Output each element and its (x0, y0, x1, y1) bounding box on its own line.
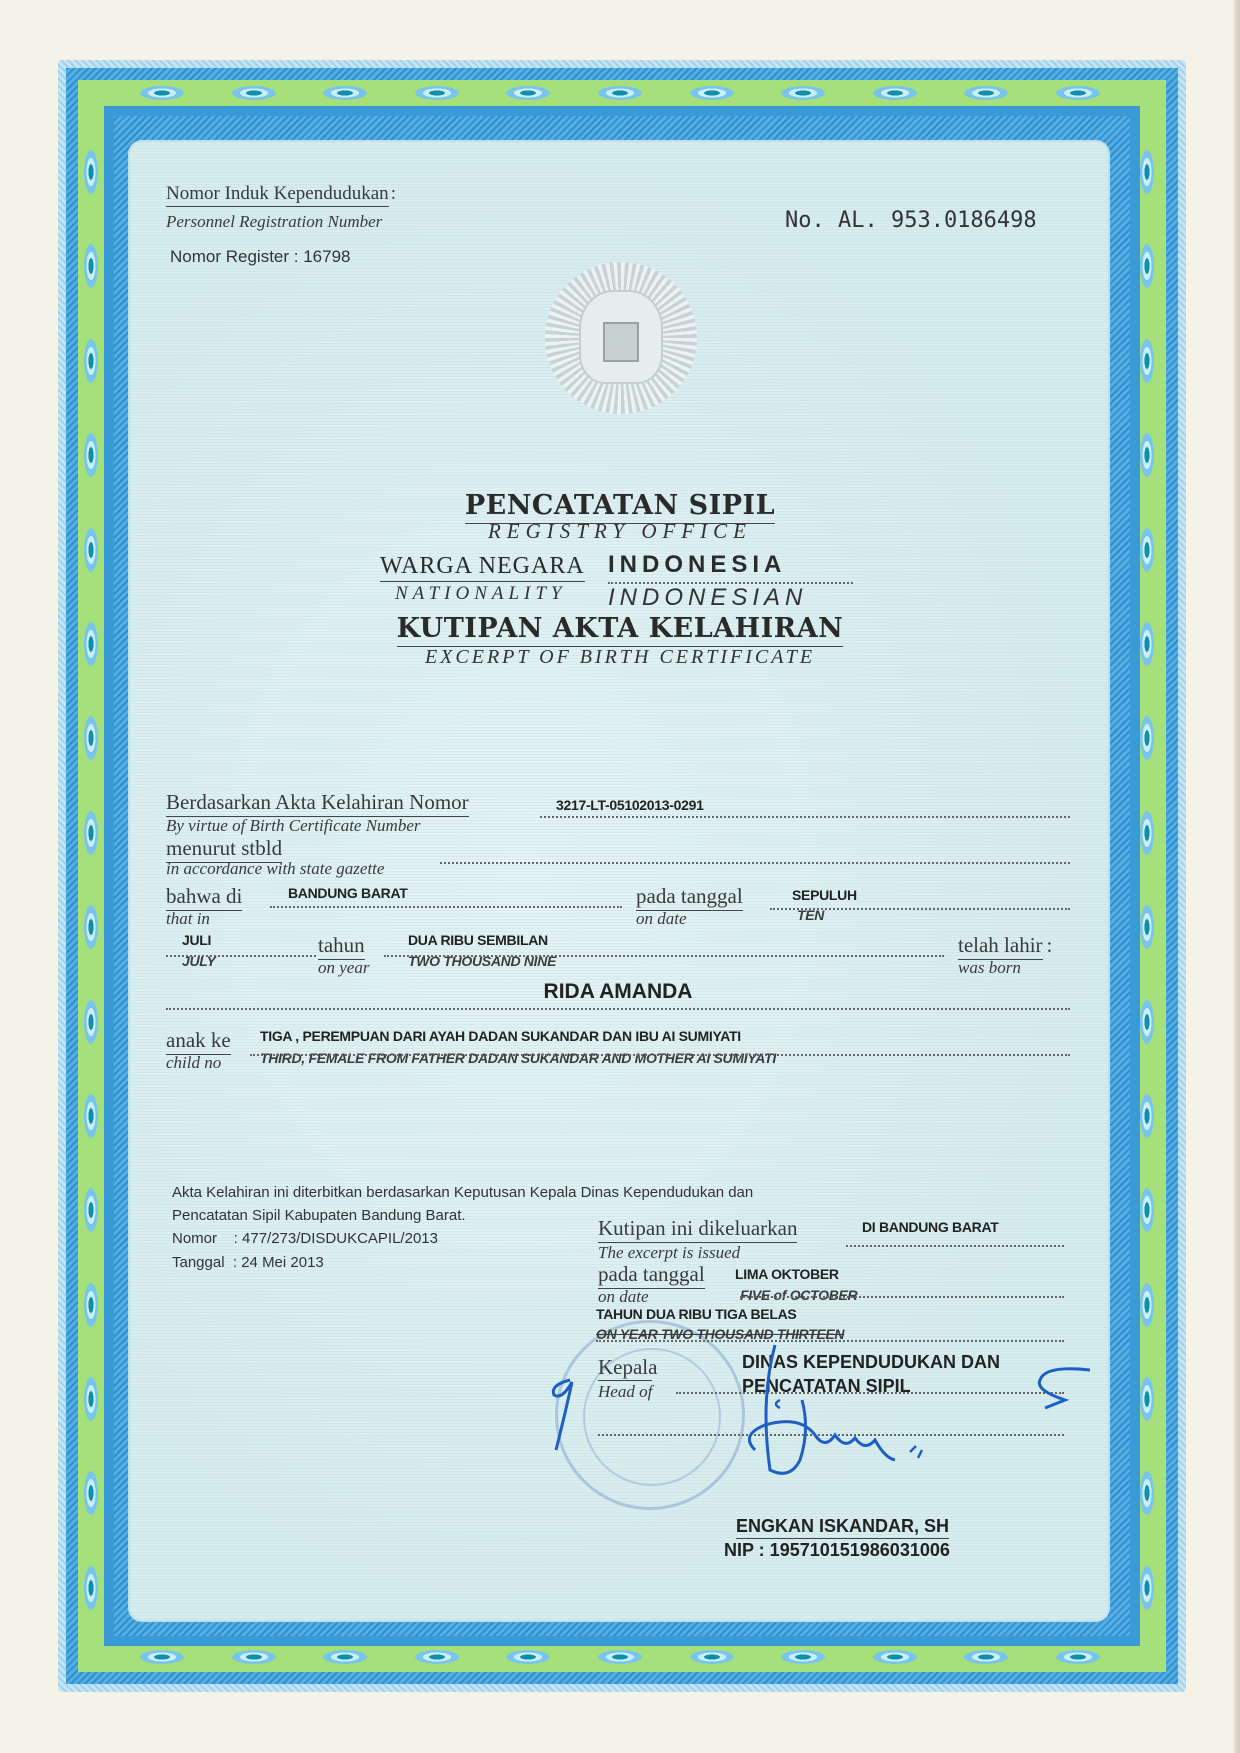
issued-label: Kutipan ini dikeluarkan (598, 1218, 797, 1239)
paper-edge (1234, 0, 1240, 1753)
birth-year-dotted-line (384, 955, 944, 957)
place-label: bahwa di (166, 886, 242, 907)
document-title-en: EXCERPT OF BIRTH CERTIFICATE (370, 646, 870, 669)
ornament-icon (1140, 433, 1154, 477)
ornament-icon (84, 1566, 98, 1610)
official-nip: NIP : 195710151986031006 (724, 1540, 950, 1561)
birth-year-label-text: tahun (318, 933, 365, 960)
official-name-text: ENGKAN ISKANDAR, SH (736, 1516, 949, 1539)
ornament-icon (964, 86, 1008, 100)
child-name-dotted-line (166, 1008, 1070, 1010)
birth-year-label-en: on year (318, 959, 369, 976)
ornament-icon (1140, 528, 1154, 572)
left-ornament-column (84, 150, 98, 1610)
decree-line-2: Pencatatan Sipil Kabupaten Bandung Barat… (172, 1207, 466, 1224)
cert-number-label-text: Berdasarkan Akta Kelahiran Nomor (166, 790, 469, 817)
ornament-icon (84, 1471, 98, 1515)
ornament-icon (232, 1650, 276, 1664)
ornament-icon (323, 1650, 367, 1664)
signature-icon (540, 1340, 1100, 1500)
nik-colon: : (391, 183, 396, 204)
ornament-icon (1140, 1000, 1154, 1044)
birth-date-label-en: on date (636, 910, 687, 927)
ornament-icon (84, 244, 98, 288)
birth-date-value: SEPULUH (792, 887, 857, 903)
ornament-icon (1140, 244, 1154, 288)
ornament-icon (84, 1377, 98, 1421)
place-label-text: bahwa di (166, 884, 242, 911)
ornament-icon (690, 86, 734, 100)
official-name: ENGKAN ISKANDAR, SH (736, 1516, 949, 1537)
ornament-icon (506, 86, 550, 100)
issue-date-label: pada tanggal (598, 1264, 705, 1285)
ornament-icon (84, 1000, 98, 1044)
ornament-icon (1056, 1650, 1100, 1664)
nationality-label: WARGA NEGARA (380, 553, 585, 580)
register-number: Nomor Register : 16798 (170, 247, 350, 267)
issued-label-en: The excerpt is issued (598, 1244, 740, 1261)
nationality-label-text: WARGA NEGARA (380, 553, 585, 582)
ornament-icon (873, 86, 917, 100)
emblem-shield (603, 322, 639, 362)
gazette-dotted-line (440, 862, 1070, 864)
ornament-icon (964, 1650, 1008, 1664)
document-title: KUTIPAN AKTA KELAHIRAN (370, 613, 870, 644)
ornament-icon (84, 150, 98, 194)
nik-label: Nomor Induk Kependudukan: (166, 184, 396, 203)
issue-date-value-en: FIVE of OCTOBER (740, 1287, 857, 1303)
birth-date-dotted-line (770, 908, 1070, 910)
ornament-icon (415, 1650, 459, 1664)
ornament-icon (84, 1094, 98, 1138)
ornament-icon (598, 86, 642, 100)
birth-year-value: DUA RIBU SEMBILAN (408, 932, 548, 948)
right-ornament-column (1140, 150, 1154, 1610)
ornament-icon (1140, 1377, 1154, 1421)
ornament-icon (415, 86, 459, 100)
garuda-emblem-icon (545, 262, 697, 414)
issued-place-value: DI BANDUNG BARAT (862, 1219, 999, 1235)
ornament-icon (84, 905, 98, 949)
child-no-label-text: anak ke (166, 1028, 231, 1055)
ornament-icon (1140, 339, 1154, 383)
born-colon: : (1047, 933, 1053, 957)
nik-label-en: Personnel Registration Number (166, 213, 382, 230)
born-label: telah lahir: (958, 935, 1052, 956)
document-title-text: KUTIPAN AKTA KELAHIRAN (397, 613, 844, 647)
child-name: RIDA AMANDA (166, 980, 1070, 1004)
issue-date-value: LIMA OKTOBER (735, 1266, 839, 1282)
born-label-text: telah lahir (958, 933, 1043, 960)
place-dotted-line (270, 906, 622, 908)
ornament-icon (140, 86, 184, 100)
ornament-icon (1056, 86, 1100, 100)
ornament-icon (1140, 150, 1154, 194)
ornament-icon (781, 86, 825, 100)
ornament-icon (1140, 1471, 1154, 1515)
ornament-icon (84, 811, 98, 855)
ornament-icon (140, 1650, 184, 1664)
nationality-value-en: INDONESIAN (608, 584, 807, 612)
ornament-icon (84, 1188, 98, 1232)
issued-label-text: Kutipan ini dikeluarkan (598, 1216, 797, 1243)
birth-date-label-text: pada tanggal (636, 884, 743, 911)
ornament-icon (598, 1650, 642, 1664)
ornament-icon (1140, 1566, 1154, 1610)
ornament-icon (232, 86, 276, 100)
nationality-value: INDONESIA (608, 551, 786, 579)
born-label-en: was born (958, 959, 1021, 976)
nik-label-text: Nomor Induk Kependudukan (166, 183, 389, 207)
ornament-icon (1140, 811, 1154, 855)
ornament-icon (873, 1650, 917, 1664)
gazette-label: menurut stbld (166, 838, 282, 859)
issue-date-label-en: on date (598, 1288, 649, 1305)
cert-number-label: Berdasarkan Akta Kelahiran Nomor (166, 792, 469, 813)
ornament-icon (1140, 1188, 1154, 1232)
emblem-bird (581, 292, 661, 382)
office-title: PENCATATAN SIPIL (380, 490, 860, 521)
office-title-en: REGISTRY OFFICE (380, 519, 860, 544)
ornament-icon (84, 716, 98, 760)
birth-month-dotted-line (166, 955, 316, 957)
birth-year-label: tahun (318, 935, 365, 956)
ornament-icon (1140, 716, 1154, 760)
top-ornament-row (140, 86, 1100, 100)
child-no-dotted-line (250, 1054, 1070, 1056)
cert-number-label-en: By virtue of Birth Certificate Number (166, 817, 421, 834)
issue-year-value: TAHUN DUA RIBU TIGA BELAS (596, 1306, 796, 1322)
ornament-icon (781, 1650, 825, 1664)
child-no-label: anak ke (166, 1030, 231, 1051)
ornament-icon (84, 433, 98, 477)
nationality-label-en: NATIONALITY (395, 583, 567, 605)
issue-date-label-text: pada tanggal (598, 1262, 705, 1289)
cert-number-value: 3217-LT-05102013-0291 (556, 797, 704, 813)
ornament-icon (1140, 622, 1154, 666)
cert-number-dotted-line (540, 816, 1070, 818)
ornament-icon (690, 1650, 734, 1664)
child-no-value: TIGA , PEREMPUAN DARI AYAH DADAN SUKANDA… (260, 1028, 741, 1044)
place-value: BANDUNG BARAT (288, 885, 408, 901)
birth-date-label: pada tanggal (636, 886, 743, 907)
ornament-icon (506, 1650, 550, 1664)
ornament-icon (1140, 905, 1154, 949)
decree-number: Nomor : 477/273/DISDUKCAPIL/2013 (172, 1230, 438, 1247)
child-no-value-en: THIRD, FEMALE FROM FATHER DADAN SUKANDAR… (260, 1050, 776, 1066)
decree-line-1: Akta Kelahiran ini diterbitkan berdasark… (172, 1184, 753, 1201)
issue-date-dotted-line (740, 1296, 1064, 1298)
bottom-ornament-row (140, 1650, 1100, 1664)
issued-place-dotted-line (846, 1245, 1064, 1247)
ornament-icon (84, 339, 98, 383)
ornament-icon (84, 528, 98, 572)
gazette-label-en: in accordance with state gazette (166, 860, 384, 877)
ornament-icon (1140, 1283, 1154, 1327)
birth-month-value: JULI (182, 932, 211, 948)
certificate-number: No. AL. 953.0186498 (785, 208, 1037, 233)
child-no-label-en: child no (166, 1054, 221, 1071)
ornament-icon (1140, 1094, 1154, 1138)
place-label-en: that in (166, 910, 210, 927)
ornament-icon (84, 1283, 98, 1327)
ornament-icon (323, 86, 367, 100)
decree-date: Tanggal : 24 Mei 2013 (172, 1254, 324, 1271)
ornament-icon (84, 622, 98, 666)
